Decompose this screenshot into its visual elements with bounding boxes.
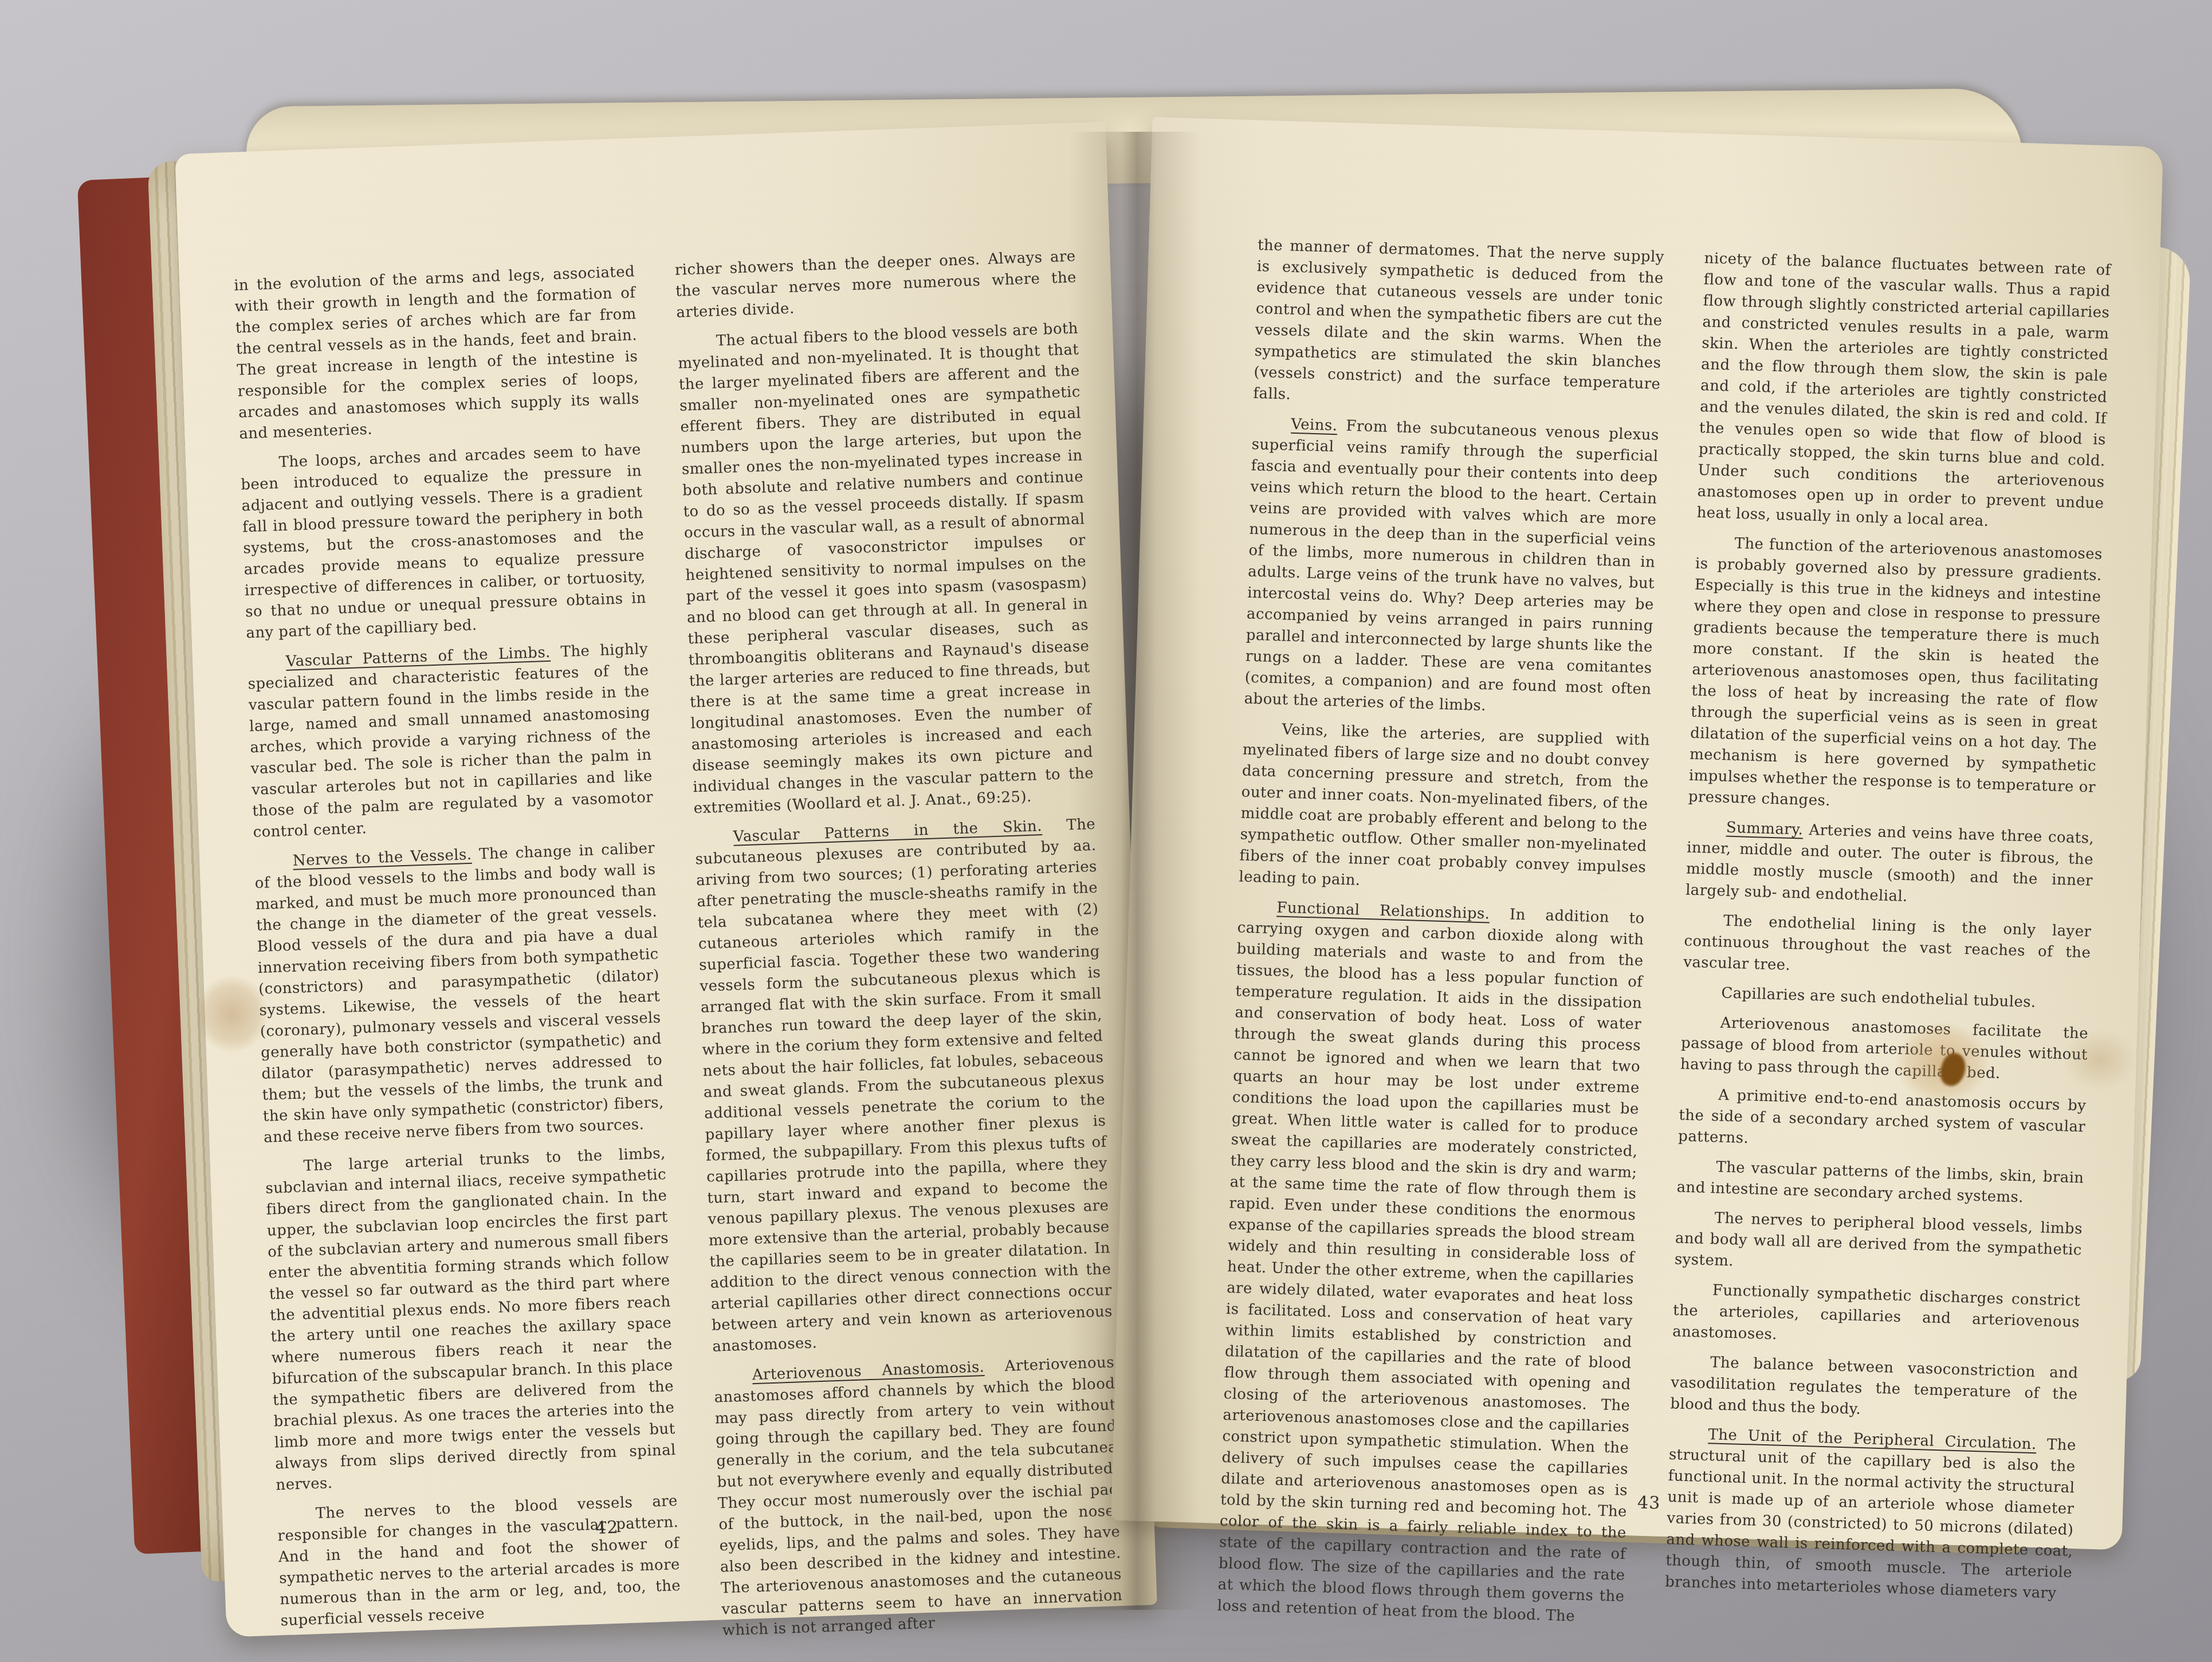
paragraph: nicety of the balance fluctuates between… [1696, 248, 2111, 536]
text-column-2: richer showers than the deeper ones. Alw… [674, 246, 1123, 1650]
section-heading: The Unit of the Peripheral Circulation. [1708, 1426, 2037, 1453]
paragraph: richer showers than the deeper ones. Alw… [674, 246, 1077, 323]
section-heading: Vascular Patterns of the Limbs. [285, 644, 551, 670]
paragraph: in the evolution of the arms and legs, a… [234, 261, 641, 445]
paragraph: Capillaries are such endothelial tubules… [1682, 981, 2089, 1015]
paragraph: The function of the arteriovenous anasto… [1688, 532, 2103, 820]
section-heading: Summary. [1726, 819, 1804, 839]
paragraph: Nerves to the Vessels. The change in cal… [254, 838, 665, 1149]
paragraph: Arteriovenous Anastomosis. Arteriovenous… [713, 1352, 1123, 1641]
paragraph: Vascular Patterns in the Skin. The subcu… [694, 814, 1114, 1358]
paragraph: The Unit of the Peripheral Circulation. … [1665, 1423, 2076, 1605]
paragraph: Summary. Arteries and veins have three c… [1685, 816, 2095, 913]
paragraph: Functionally sympathetic discharges cons… [1672, 1279, 2081, 1354]
paragraph: The vascular patterns of the limbs, skin… [1676, 1156, 2084, 1210]
section-heading: Arteriovenous Anastomosis. [752, 1358, 984, 1384]
paragraph: The actual fibers to the blood vessels a… [677, 318, 1095, 819]
paragraph: A primitive end-to-end anastomosis occur… [1678, 1083, 2087, 1159]
paragraph: The large arterial trunks to the limbs, … [264, 1143, 677, 1496]
paragraph: The nerves to the blood vessels are resp… [277, 1491, 682, 1632]
photo-scene: in the evolution of the arms and legs, a… [0, 0, 2212, 1662]
paragraph: Veins. From the subcutaneous venous plex… [1244, 413, 1659, 722]
page-number-left: 42 [595, 1518, 619, 1538]
paragraph: The endothelial lining is the only layer… [1683, 910, 2092, 985]
paragraph: The balance between vasoconstriction and… [1670, 1351, 2079, 1427]
paragraph: The loops, arches and arcades seem to ha… [240, 439, 647, 644]
paragraph: Arteriovenous anastomoses facilitate the… [1680, 1011, 2089, 1087]
paragraph: Functional Relationships. In addition to… [1217, 896, 1645, 1629]
section-heading: Vascular Patterns in the Skin. [733, 818, 1043, 846]
paragraph: Veins, like the arteries, are supplied w… [1239, 718, 1650, 900]
paragraph: The nerves to peripheral blood vessels, … [1674, 1207, 2083, 1282]
text-column-1: in the evolution of the arms and legs, a… [234, 261, 682, 1640]
section-heading: Nerves to the Vessels. [293, 846, 472, 870]
text-column-4: nicety of the balance fluctuates between… [1664, 248, 2111, 1613]
book-page-right: the manner of dermatomes. That the nerve… [1111, 117, 2163, 1550]
text-column-3: the manner of dermatomes. That the nerve… [1217, 235, 1665, 1637]
section-heading: Functional Relationships. [1276, 899, 1490, 922]
paragraph: the manner of dermatomes. That the nerve… [1253, 235, 1664, 417]
section-heading: Veins. [1291, 416, 1338, 434]
book-page-left: in the evolution of the arms and legs, a… [175, 121, 1157, 1637]
page-number-right: 43 [1637, 1493, 1661, 1514]
paragraph: Vascular Patterns of the Limbs. The high… [247, 639, 654, 843]
